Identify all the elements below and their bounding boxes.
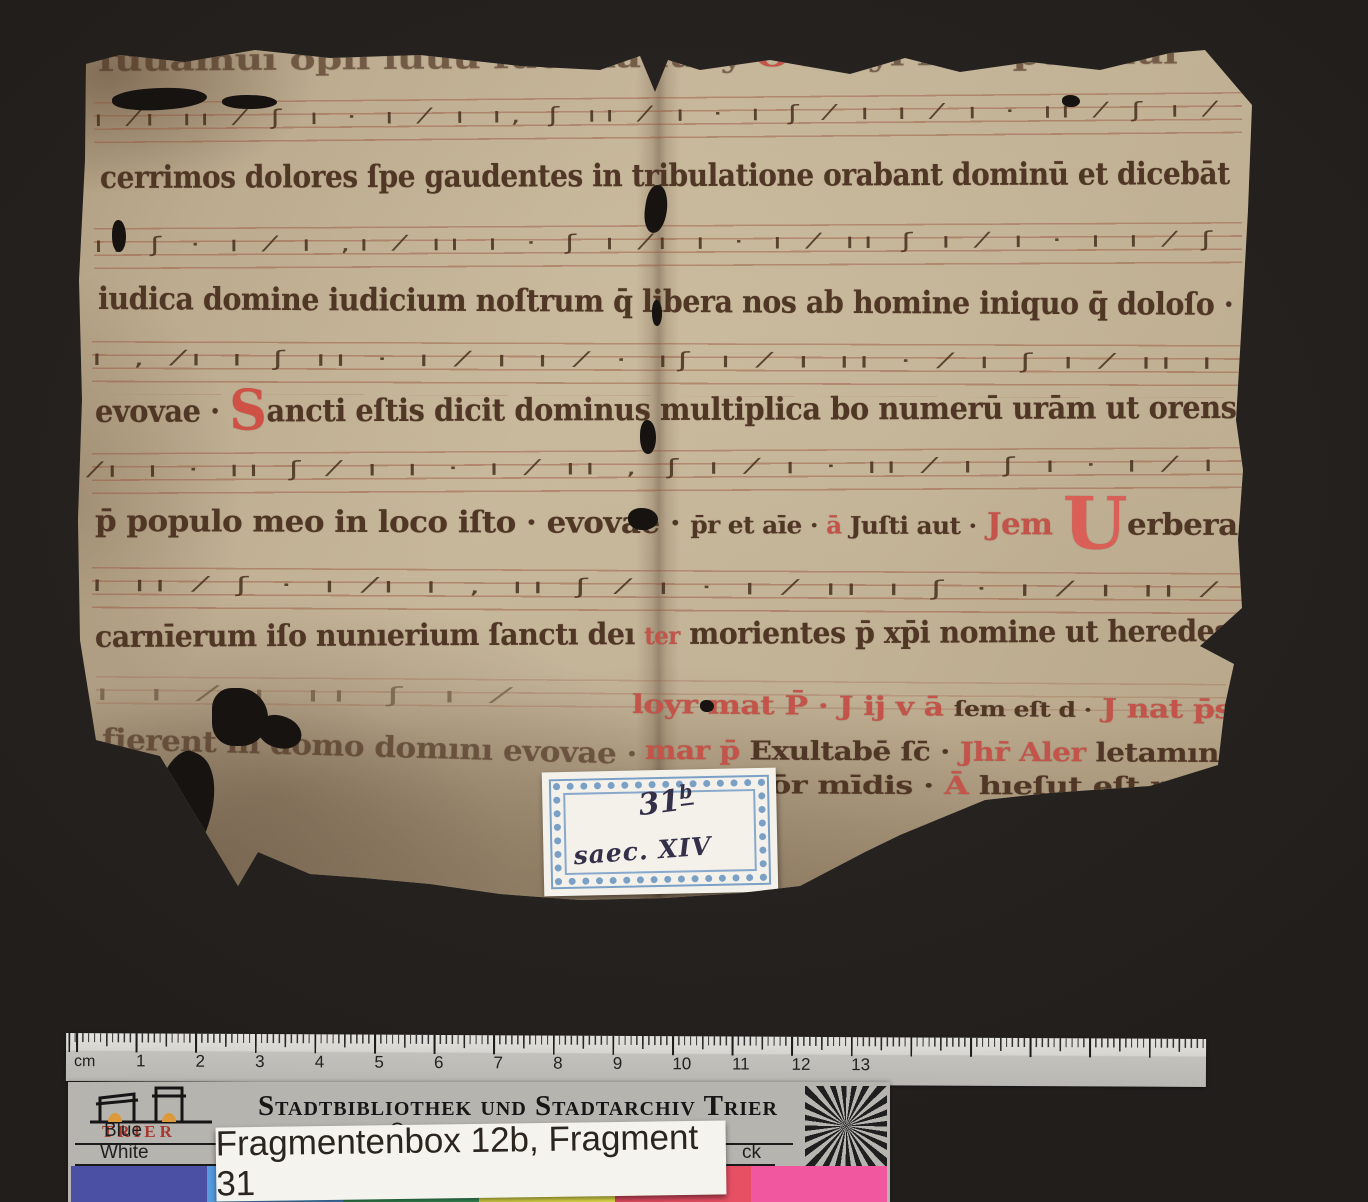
color-swatch-pink [751,1166,887,1202]
siemens-star-icon [805,1086,887,1166]
ruler-number: 1 [136,1051,146,1071]
manuscript-text-line: ſuuamuı opıı ıuuu ſue ıuauuay O ıueyı re… [98,36,1177,79]
manuscript-text-segment: hıeſut eſt rex · [979,771,1226,801]
neume-notation: ı ı ⁄ ı ıı ʃ ı ⁄ [96,681,518,708]
music-staff-system: ıı ʃ · ı ⁄ ı ‚ı ⁄ ıı ı · ʃ ı ⁄ı ı · ı ⁄ … [94,222,1242,280]
manuscript-text-segment: ıueyı reı apuu uuı [789,36,1178,74]
ruler-ticks [66,1033,1206,1058]
ruler-number: 5 [374,1053,384,1073]
manuscript-text-line: iudica domine iudicium noſtrum q̄ libera… [98,281,1233,323]
fragment-label: Fragmentenbox 12b, Fragment 31 [216,1120,727,1201]
manuscript-text-line: p̄ populo meo in loco iſto · evovae · p̄… [95,504,1238,543]
manuscript-text-segment: J ij v ā [828,692,954,723]
manuscript-text-segment: carnīerum iſo nunıerium ſanctı deı [95,617,644,655]
manuscript-text-segment: Juſti aut · [850,511,977,540]
manuscript-text-segment: morientes p̄ xp̄i nomine ut heredes [680,614,1230,652]
damage-hole [1062,95,1080,107]
neume-notation: ı ıı ⁄ ʃ · ı ⁄ı ı ‚ ıı ʃ ⁄ ı · ı ⁄ ıı ı … [92,572,1223,602]
ruler-number: 3 [255,1052,265,1072]
ruler-number: 12 [792,1055,811,1075]
ruler-number: 4 [315,1052,325,1072]
manuscript-text-segment: loyr mat P̄ · [632,690,828,722]
ruler-unit-label: cm [74,1053,95,1071]
manuscript-text-line: carnīerum iſo nunıerium ſanctı deı ter m… [95,614,1230,655]
ruler-number: 8 [553,1054,563,1074]
color-patch-label: ck [742,1142,761,1164]
manuscript-text-segment: S [229,378,266,443]
ruler-number: 13 [851,1055,870,1075]
ruler-number: 7 [494,1053,504,1073]
damage-hole [222,95,277,109]
manuscript-text-segment: ſem eſt d · [954,696,1092,722]
color-patch-label: Blue [104,1120,142,1142]
manuscript-text-segment: iudica domine iudicium noſtrum q̄ libera… [98,281,1233,323]
manuscript-text-segment: ſuuamuı opıı ıuuu ſue ıuauuay [98,39,756,79]
shelfmark-sticker: 31b saec. XIV [542,768,779,897]
damage-hole [628,508,658,530]
manuscript-text-segment: p̄ populo meo in loco iſto · evovae · [95,504,691,541]
manuscript-text-segment: Ā [934,771,979,800]
manuscript-text-segment: ā [818,511,850,540]
measuring-ruler: cm 12345678910111213 [66,1033,1206,1087]
manuscript-text-segment: mar p̄ [645,736,750,767]
neume-notation: ⁄ı ı · ıı ʃ ⁄ ı ı · ı ⁄ ıı ‚ ʃ ı ⁄ ı · ı… [92,452,1223,482]
color-swatch-indigo [71,1166,207,1202]
manuscript-text-segment: erbera [1127,508,1238,543]
manuscript-text-segment: p̄r et aīe · [690,510,818,539]
damage-tear [128,745,233,880]
manuscript-text-segment: O [755,39,789,74]
ruler-number: 9 [613,1054,623,1074]
manuscript-text-segment: Jem [977,507,1063,542]
ruler-number: 6 [434,1053,444,1073]
manuscript-fragment: ı ⁄ı ıı ⁄ ʃ ı · ı ⁄ ı ı‚ ʃ ıı ⁄ ı · ı ʃ … [0,0,1368,1202]
manuscript-text-segment: Exultabē ſc̄ · [749,737,950,768]
neume-notation: ı ‚ ⁄ı ı ʃ ıı · ı ⁄ ı ı ⁄ · ıʃ ı ⁄ ı ıı … [92,346,1222,374]
manuscript-text-line: loyr mat P̄ · J ij v ā ſem eſt d · J nat… [632,690,1232,725]
manuscript-text-line: evovae · Sancti eſtis dicit dominus mult… [95,390,1237,430]
photo-canvas: ı ⁄ı ıı ⁄ ʃ ı · ı ⁄ ı ı‚ ʃ ıı ⁄ ı · ı ʃ … [0,0,1368,1202]
manuscript-text-segment: evovae · [95,394,229,430]
color-patch-label: White [100,1142,149,1164]
damage-hole [112,220,126,252]
manuscript-text-segment: letamını [1095,738,1229,769]
manuscript-text-line: mar p̄ Exultabē ſc̄ · Jhr̄ Aler letamını [645,736,1230,769]
manuscript-text-segment: ter [644,621,680,650]
ruler-number: 10 [672,1054,691,1074]
manuscript-text-segment: U [1063,480,1128,565]
ruler-number: 2 [196,1052,206,1072]
ruler-number: 11 [732,1055,750,1075]
damage-hole [640,420,656,454]
manuscript-text-segment: J nat p̄s [1092,694,1232,725]
damage-hole [700,700,714,712]
manuscript-text-segment: Jhr̄ Aler [950,738,1096,769]
sticker-shelfmark-number: 31b [636,781,695,824]
manuscript-text-segment: ancti eſtis dicit dominus multiplica bo … [266,390,1236,429]
damage-hole [652,300,662,326]
